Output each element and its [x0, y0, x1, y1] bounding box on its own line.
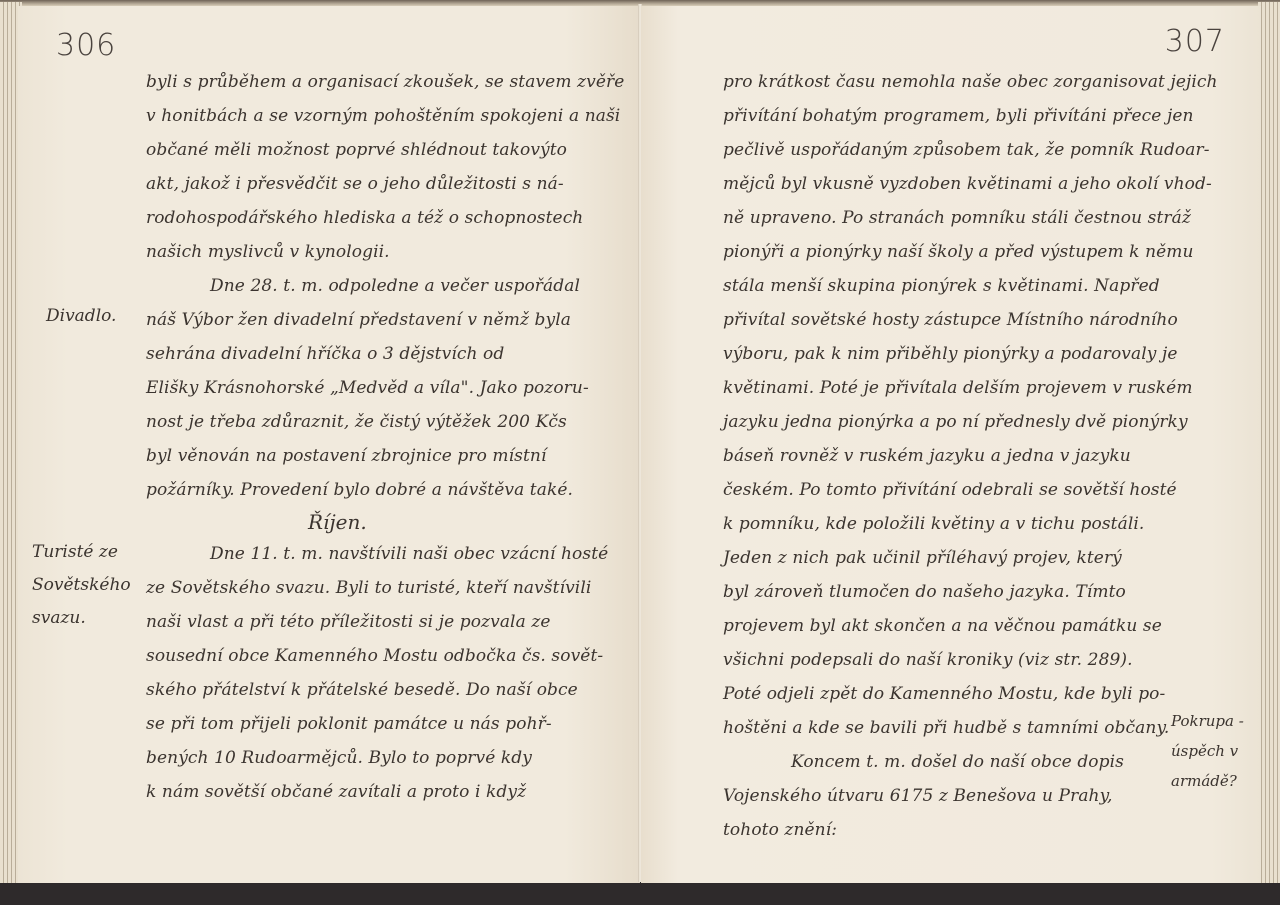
text-line: báseň rovněž v ruském jazyku a jedna v j… — [723, 446, 1131, 466]
book-spread: 306 byli s průběhem a organisací zkoušek… — [0, 0, 1280, 905]
text-line: Dne 11. t. m. navštívili naši obec vzácn… — [210, 544, 608, 564]
right-page: 307 pro krátkost času nemohla naše obec … — [641, 6, 1261, 886]
margin-note-turiste: Turisté ze Sovětského svazu. — [32, 536, 131, 635]
margin-note-pokrupa: Pokrupa - úspěch v armádě? — [1171, 706, 1244, 796]
text-line: akt, jakož i přesvědčit se o jeho důleži… — [146, 174, 564, 194]
text-line: k nám sovětší občané zavítali a proto i … — [146, 782, 526, 802]
text-line: byl věnován na postavení zbrojnice pro m… — [146, 446, 547, 466]
text-line: sehrána divadelní hříčka o 3 dějstvích o… — [146, 344, 504, 364]
text-line: nost je třeba zdůraznit, že čistý výtěže… — [146, 412, 567, 432]
right-page-stack — [1258, 2, 1280, 892]
left-page: 306 byli s průběhem a organisací zkoušek… — [18, 6, 640, 886]
text-line: byli s průběhem a organisací zkoušek, se… — [146, 72, 624, 92]
text-line: pro krátkost času nemohla naše obec zorg… — [723, 72, 1218, 92]
text-line: naši vlast a při této příležitosti si je… — [146, 612, 551, 632]
text-line: mějců byl vkusně vyzdoben květinami a je… — [723, 174, 1212, 194]
text-line: přivítal sovětské hosty zástupce Místníh… — [723, 310, 1178, 330]
page-number-right: 307 — [1165, 24, 1225, 59]
text-line: projevem byl akt skončen a na věčnou pam… — [723, 616, 1162, 636]
text-line: pionýři a pionýrky naší školy a před výs… — [723, 242, 1194, 262]
text-line: hoštěni a kde se bavili při hudbě s tamn… — [723, 718, 1169, 738]
text-line: českém. Po tomto přivítání odebrali se s… — [723, 480, 1177, 500]
text-line: tohoto znění: — [723, 820, 837, 840]
text-line: přivítání bohatým programem, byli přivít… — [723, 106, 1194, 126]
text-line: výboru, pak k nim přiběhly pionýrky a po… — [723, 344, 1178, 364]
text-line: pečlivě uspořádaným způsobem tak, že pom… — [723, 140, 1210, 160]
text-line: byl zároveň tlumočen do našeho jazyka. T… — [723, 582, 1126, 602]
text-line: Elišky Krásnohorské „Medvěd a víla". Jak… — [146, 378, 589, 398]
text-line: stála menší skupina pionýrek s květinami… — [723, 276, 1160, 296]
text-line: všichni podepsali do naší kroniky (viz s… — [723, 650, 1133, 670]
text-line: bených 10 Rudoarmějců. Bylo to poprvé kd… — [146, 748, 532, 768]
text-line: Jeden z nich pak učinil příléhavý projev… — [723, 548, 1122, 568]
text-line: k pomníku, kde položili květiny a v tich… — [723, 514, 1144, 534]
text-line: rodohospodářského hlediska a též o schop… — [146, 208, 583, 228]
text-line: květinami. Poté je přivítala delším proj… — [723, 378, 1193, 398]
text-line: Dne 28. t. m. odpoledne a večer uspořáda… — [210, 276, 580, 296]
text-line: občané měli možnost poprvé shlédnout tak… — [146, 140, 567, 160]
text-line: našich myslivců v kynologii. — [146, 242, 390, 262]
text-line: ského přátelství k přátelské besedě. Do … — [146, 680, 578, 700]
section-heading-rijen: Říjen. — [308, 510, 367, 534]
text-line: požárníky. Provedení bylo dobré a návště… — [146, 480, 573, 500]
text-line: se při tom přijeli poklonit památce u ná… — [146, 714, 552, 734]
text-line: Koncem t. m. došel do naší obce dopis — [791, 752, 1124, 772]
text-line: sousední obce Kamenného Mostu odbočka čs… — [146, 646, 603, 666]
text-line: Vojenského útvaru 6175 z Benešova u Prah… — [723, 786, 1113, 806]
text-line: Poté odjeli zpět do Kamenného Mostu, kde… — [723, 684, 1165, 704]
text-line: v honitbách a se vzorným pohoštěním spok… — [146, 106, 620, 126]
margin-note-divadlo: Divadlo. — [46, 300, 116, 333]
text-line: ně upraveno. Po stranách pomníku stáli č… — [723, 208, 1191, 228]
text-line: jazyku jedna pionýrka a po ní přednesly … — [723, 412, 1188, 432]
bottom-cover-edge — [0, 883, 1280, 905]
text-line: ze Sovětského svazu. Byli to turisté, kt… — [146, 578, 591, 598]
text-line: náš Výbor žen divadelní představení v ně… — [146, 310, 571, 330]
page-number-left: 306 — [56, 28, 116, 63]
